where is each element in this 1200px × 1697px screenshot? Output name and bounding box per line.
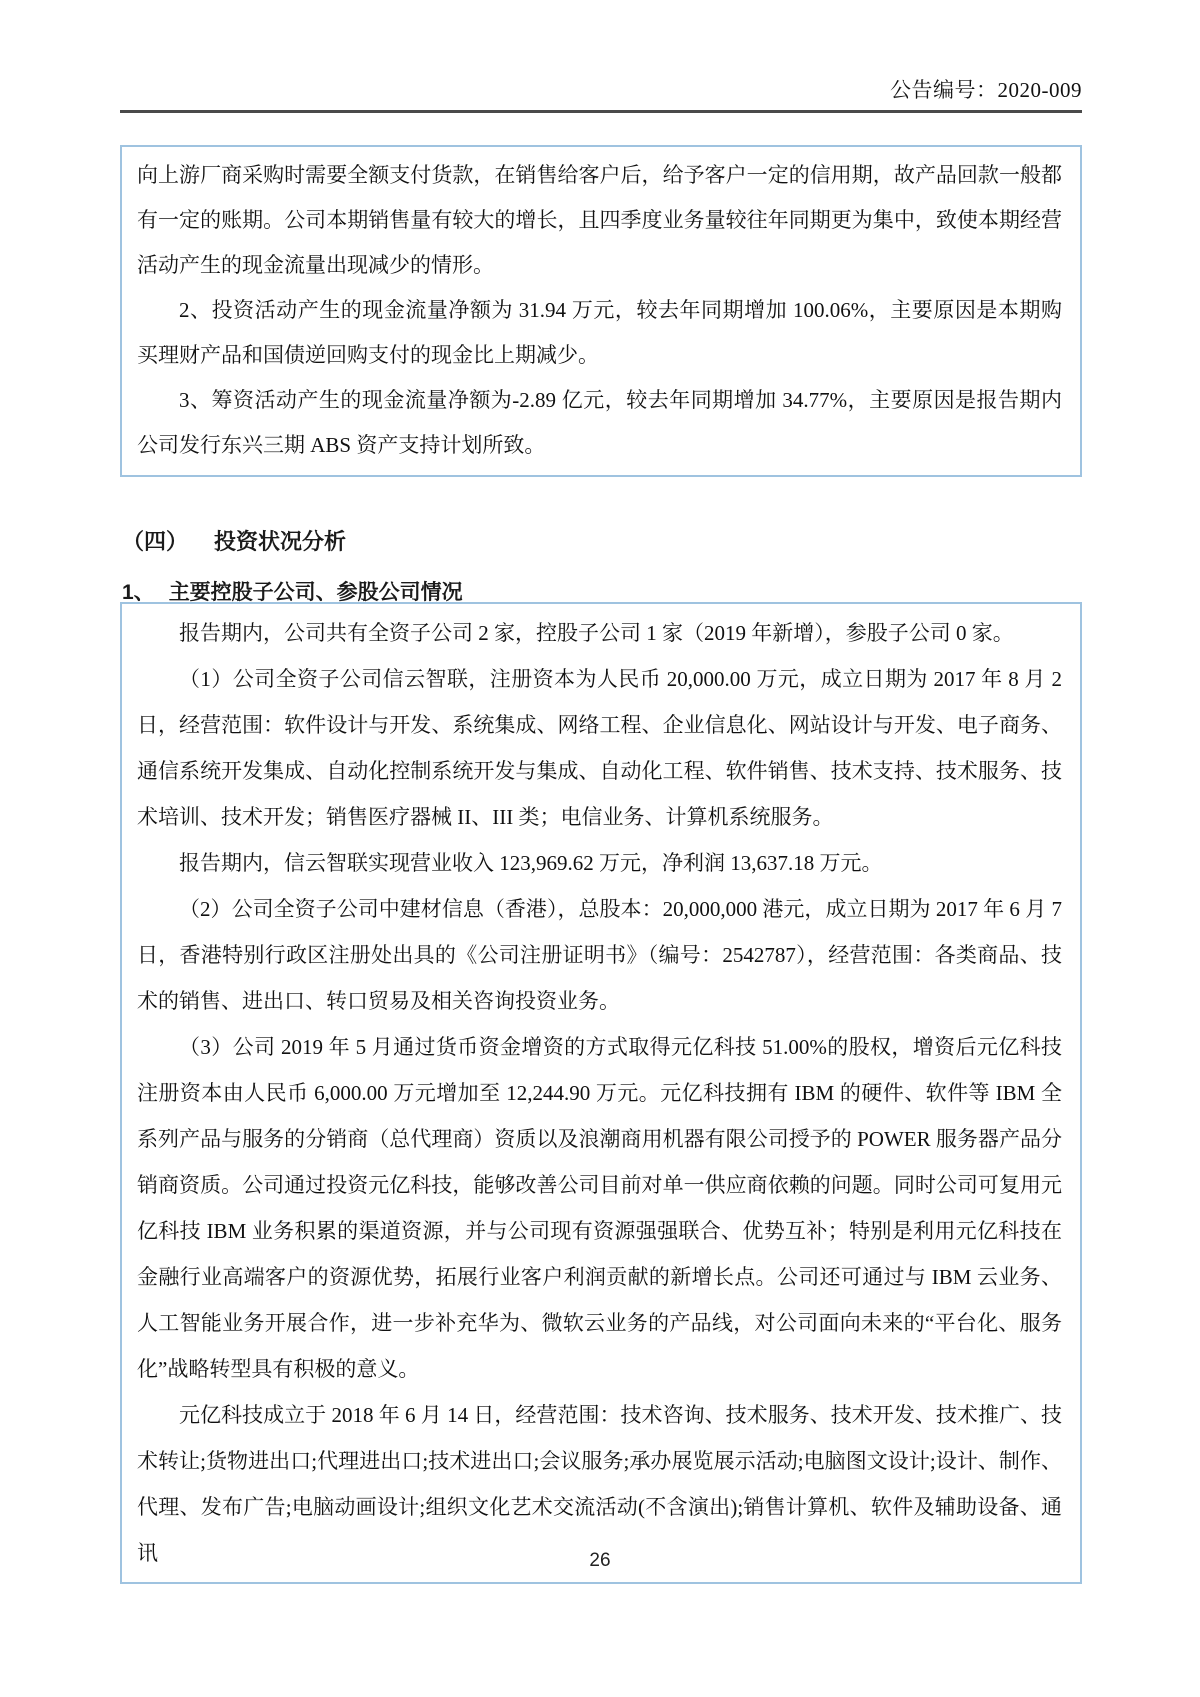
page-footer: 26 [0, 1550, 1200, 1572]
announcement-number: 公告编号：2020-009 [890, 78, 1082, 102]
cashflow-paragraph-3: 3、筹资活动产生的现金流量净额为-2.89 亿元，较去年同期增加 34.77%，… [137, 378, 1062, 468]
cashflow-paragraph-2: 2、投资活动产生的现金流量净额为 31.94 万元，较去年同期增加 100.06… [137, 288, 1062, 378]
subsidiaries-paragraph-2: （1）公司全资子公司信云智联，注册资本为人民币 20,000.00 万元，成立日… [137, 656, 1062, 840]
subsidiaries-paragraph-4: （2）公司全资子公司中建材信息（香港），总股本：20,000,000 港元，成立… [137, 886, 1062, 1024]
subsidiaries-paragraph-3: 报告期内，信云智联实现营业收入 123,969.62 万元，净利润 13,637… [137, 840, 1062, 886]
subsidiaries-paragraph-6: 元亿科技成立于 2018 年 6 月 14 日，经营范围：技术咨询、技术服务、技… [137, 1392, 1062, 1576]
section-number: （四） [122, 529, 188, 554]
subsidiaries-paragraph-5: （3）公司 2019 年 5 月通过货币资金增资的方式取得元亿科技 51.00%… [137, 1024, 1062, 1392]
subsidiaries-detail-box: 报告期内，公司共有全资子公司 2 家，控股子公司 1 家（2019 年新增），参… [120, 602, 1082, 1584]
section-heading-investment-analysis: （四）投资状况分析 [122, 525, 346, 556]
cashflow-paragraph-1: 向上游厂商采购时需要全额支付货款，在销售给客户后，给予客户一定的信用期，故产品回… [137, 153, 1062, 288]
page-number: 26 [589, 1550, 610, 1571]
document-page: 公告编号：2020-009 向上游厂商采购时需要全额支付货款，在销售给客户后，给… [0, 0, 1200, 1697]
subsidiaries-paragraph-1: 报告期内，公司共有全资子公司 2 家，控股子公司 1 家（2019 年新增），参… [137, 610, 1062, 656]
cashflow-analysis-box: 向上游厂商采购时需要全额支付货款，在销售给客户后，给予客户一定的信用期，故产品回… [120, 145, 1082, 477]
section-title: 投资状况分析 [214, 529, 346, 554]
header-divider [120, 110, 1082, 113]
subsection-number: 1、 [122, 581, 155, 604]
subsection-title: 主要控股子公司、参股公司情况 [169, 581, 463, 604]
page-header: 公告编号：2020-009 [120, 74, 1082, 104]
